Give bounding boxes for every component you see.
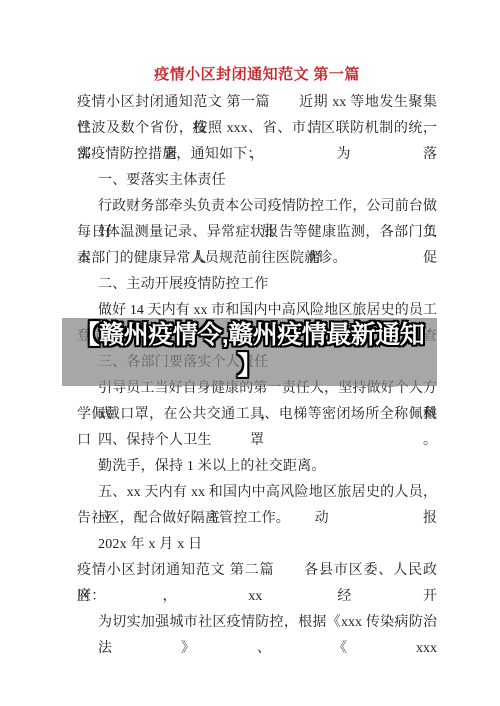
text-line: 每日体温测量记录、异常症状报告等健康监测，各部门负责人督促 [77,220,437,246]
document-page: 疫情小区封闭通知范文 第一篇 疫情小区封闭通知范文 第一篇 近期 xx 等地发生… [0,0,500,706]
text-line: 二、主动开展疫情防控工作 [77,272,437,298]
text-line: 202x 年 x 月 x 日 [77,532,437,558]
watermark-banner-line2: 】 [62,351,437,382]
text-line: 疫情小区封闭通知范文 第一篇 近期 xx 等地发生聚集性疫情， [77,90,437,116]
text-line: 行政财务部牵头负责本公司疫情防控工作，公司前台做好员工 [77,194,437,220]
text-line: 为切实加强城市社区疫情防控，根据《xxx 传染病防治法》、《xxx [77,610,437,636]
watermark-banner: 【赣州疫情令,赣州疫情最新通知 】 [62,318,437,386]
text-line: 学佩戴口罩，在公共交通工具、电梯等密闭场所全称佩戴口罩。 [77,402,437,428]
watermark-banner-text: 【赣州疫情令,赣州疫情最新通知 】 [62,320,437,382]
text-line: 勤洗手，保持 1 米以上的社交距离。 [77,454,437,480]
watermark-banner-line1: 【赣州疫情令,赣州疫情最新通知 [62,320,437,351]
text-line: 五、xx 天内有 xx 和国内中高风险地区旅居史的人员，应主动报 [77,480,437,506]
document-title: 疫情小区封闭通知范文 第一篇 [77,62,437,88]
text-line: 疫情小区封闭通知范文 第二篇 各县市区委、人民政府，xx 经开 [77,558,437,584]
text-line: 一、要落实主体责任 [77,168,437,194]
text-line: 已波及数个省份，按照 xxx、省、市、区联防机制的统一部署，为落 [77,116,437,142]
